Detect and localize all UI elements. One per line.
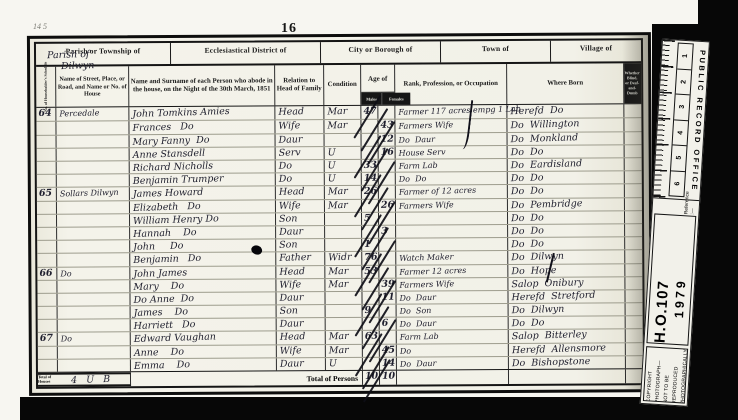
age-male-value [363, 318, 379, 319]
occupation-cell: Do Daur [396, 133, 508, 146]
relation-cell: Head [277, 332, 326, 344]
relation-value: Son [276, 305, 324, 317]
condition-cell: Mar [326, 331, 363, 343]
age-male-cell [362, 147, 379, 159]
column-header-occupation: Rank, Profession, or Occupation [395, 64, 507, 105]
person-name: Frances Do [129, 119, 274, 134]
relation-cell: Daur [277, 318, 326, 330]
age-male-cell [362, 199, 379, 211]
occupation-cell [396, 225, 508, 238]
born-cell: Herefd Stretford [508, 290, 625, 303]
age-male-value: 5 [362, 212, 378, 223]
house-name [57, 200, 129, 204]
age-female-cell: 26 [379, 199, 396, 211]
name-cell: Anne Do [131, 345, 277, 358]
age-female-cell [379, 173, 396, 185]
born-cell: Do Monkland [508, 132, 625, 145]
column-header-relation: Relation to Head of Family [275, 65, 324, 105]
house-header-label: Name of Street, Place, or Road, and Name… [56, 75, 128, 98]
house-cell [57, 254, 130, 267]
age-female-value [379, 186, 395, 187]
relation-value: Head [276, 265, 324, 277]
occupation-cell: Farmer 12 acres [396, 264, 508, 277]
name-cell: Elizabeth Do [130, 200, 276, 213]
house-cell [58, 306, 131, 319]
schedule-cell: 66 [37, 267, 57, 279]
condition-cell: U [326, 358, 363, 370]
schedule-header-label: No. of Householder's Schedule [43, 62, 48, 112]
schedule-cell [37, 280, 57, 292]
age-female-value: 26 [379, 199, 395, 210]
occupation-value: Do Son [396, 303, 507, 316]
relation-cell: Head [276, 266, 325, 278]
house-name [58, 345, 130, 349]
house-cell: Do [57, 267, 130, 280]
age-male-cell [362, 278, 379, 290]
house-name [57, 226, 129, 230]
birthplace-value: Do Eardisland [508, 157, 624, 171]
age-male-value: 76 [362, 252, 378, 263]
relation-value: Daur [276, 225, 324, 237]
occupation-value: Do Do [396, 171, 507, 184]
birthplace-value: Do Hope [508, 262, 624, 276]
birthplace-value: Do Do [507, 144, 623, 158]
age-female-cell: 45 [380, 344, 397, 356]
schedule-cell [38, 360, 58, 372]
age-male-cell: 9 [363, 305, 380, 317]
total-persons-label: Total of Persons [307, 373, 358, 382]
age-male-value: 53 [362, 265, 378, 276]
condition-value: U [324, 146, 360, 158]
age-male-value: 33 [362, 160, 378, 171]
schedule-cell [37, 162, 57, 174]
condition-cell [326, 305, 363, 317]
person-name: Edward Vaughan [131, 330, 276, 345]
relation-value: Daur [276, 291, 324, 303]
parish-handwritten-line1: Parish of [44, 49, 90, 61]
house-cell [57, 148, 130, 161]
birthplace-value: Do Willington [507, 117, 623, 131]
house-name [57, 240, 129, 244]
birthplace-value: Do Pembridge [508, 196, 624, 210]
occupation-value: House Serv [395, 144, 506, 157]
schedule-number [37, 135, 56, 137]
age-male-value: 1 [362, 239, 378, 250]
age-male-value [362, 278, 378, 279]
schedule-cell: 64 [36, 108, 56, 121]
column-header-row: No. of Householder's Schedule Name of St… [36, 63, 641, 108]
age-male-value [362, 146, 378, 147]
age-male-value: 26 [362, 186, 378, 197]
schedule-number: 67 [38, 333, 57, 344]
born-cell: Do Pembridge [508, 198, 625, 211]
house-name [56, 121, 128, 125]
age-male-cell: 76 [362, 252, 379, 264]
relation-value: Daur [277, 357, 325, 369]
birthplace-value: Do Monkland [507, 130, 623, 144]
schedule-number [37, 227, 56, 229]
birthplace-value: Do Do [508, 210, 624, 224]
person-name: Anne Do [131, 343, 276, 358]
condition-value: U [325, 159, 361, 171]
age-female-cell: 6 [380, 318, 397, 330]
occupation-cell: Farmers Wife [396, 278, 508, 291]
house-cell [57, 227, 130, 240]
house-cell: Percedale [56, 108, 129, 122]
schedule-cell [37, 149, 57, 161]
house-cell [57, 214, 130, 227]
relation-value: Wife [276, 278, 324, 290]
condition-cell: Mar [326, 344, 363, 356]
house-name: Sollars Dilwyn [57, 187, 129, 199]
condition-cell: Mar [325, 199, 362, 211]
birthplace-value: Herefd Allensmore [509, 341, 625, 355]
name-cell: Mary Do [130, 279, 276, 292]
age-male-value: 47 [361, 106, 377, 117]
census-form: Parish or Township of Parish of Dilwyn E… [34, 38, 645, 389]
ruler-number: 5 [671, 145, 687, 171]
schedule-cell [38, 320, 58, 332]
name-cell: Emma Do [131, 358, 277, 371]
schedule-number [37, 162, 56, 164]
census-rows: 64 Percedale John Tomkins Amies Head Mar… [36, 104, 643, 371]
relation-value: Do [276, 173, 324, 185]
relation-cell: Wife [277, 345, 326, 357]
condition-cell: Mar [324, 120, 361, 132]
schedule-cell [37, 175, 57, 187]
age-male-value [362, 291, 378, 292]
ruler-number: 3 [674, 94, 690, 120]
totals-empty-cell [509, 369, 626, 384]
condition-cell: U [325, 147, 362, 159]
name-cell: Mary Fanny Do [130, 134, 276, 147]
condition-value [325, 239, 361, 241]
condition-value: U [326, 357, 362, 369]
birthplace-value: Do Dilwyn [508, 302, 624, 316]
age-male-value [363, 344, 379, 345]
occupation-cell: Farmers Wife [396, 199, 508, 212]
total-males-value: 10 [363, 371, 379, 382]
age-female-cell: 43 [378, 120, 395, 132]
name-cell: Edward Vaughan [131, 332, 277, 345]
age-male-value [361, 133, 377, 134]
condition-cell [326, 318, 363, 330]
total-houses-label: Total of Houses [38, 375, 53, 384]
condition-value [325, 133, 361, 135]
house-name [58, 358, 130, 362]
condition-value: Mar [326, 331, 362, 343]
schedule-number [38, 346, 57, 348]
relation-header-label: Relation to Head of Family [275, 77, 323, 94]
born-cell: Herefd Allensmore [509, 343, 626, 356]
relation-cell: Wife [275, 121, 324, 133]
house-name [57, 253, 129, 257]
schedule-cell [37, 254, 57, 266]
age-female-cell [379, 160, 396, 172]
age-female-value [378, 106, 394, 107]
relation-value: Wife [277, 344, 325, 356]
condition-cell: Mar [324, 106, 361, 119]
name-header-label: Name and Surname of each Person who abod… [129, 77, 274, 94]
ruler-number: 4 [673, 120, 689, 146]
relation-cell: Son [276, 239, 325, 251]
age-male-cell [363, 358, 380, 370]
age-female-cell: 14 [380, 357, 397, 369]
house-cell [58, 346, 131, 359]
column-header-age: Age of Males Females [361, 65, 395, 105]
total-persons-cell: Total of Persons [131, 371, 363, 386]
condition-value: Mar [325, 186, 361, 198]
born-cell: Do Hope [508, 264, 625, 277]
birthplace-value: Do Do [509, 315, 625, 329]
house-cell [57, 240, 130, 253]
schedule-cell [37, 201, 57, 213]
person-name: Anne Stansdell [129, 145, 274, 160]
born-cell: Do Do [508, 185, 625, 198]
house-name: Percedale [56, 107, 128, 119]
schedule-number [37, 201, 56, 203]
relation-cell: Daur [276, 226, 325, 238]
schedule-cell [37, 135, 57, 147]
schedule-number [38, 320, 57, 322]
relation-value: Wife [275, 120, 323, 132]
condition-cell: Mar [325, 186, 362, 198]
age-male-value [362, 199, 378, 200]
age-female-cell [379, 265, 396, 277]
field-label: City or Borough of [321, 41, 440, 54]
house-cell [57, 280, 130, 293]
relation-cell: Wife [276, 279, 325, 291]
born-cell: Do Do [508, 145, 625, 158]
occupation-value: Farmers Wife [395, 118, 506, 131]
schedule-number [38, 359, 57, 361]
birthplace-value: Do Bishopstone [509, 355, 625, 369]
schedule-cell: 65 [37, 188, 57, 200]
person-name: Do Anne Do [130, 291, 275, 306]
condition-value: U [325, 173, 361, 185]
age-female-value [379, 212, 395, 213]
schedule-number [37, 148, 56, 150]
house-name [57, 160, 129, 164]
house-cell [58, 320, 131, 333]
relation-value: Do [276, 160, 324, 172]
person-name: John James [130, 264, 275, 279]
condition-cell: Widr [325, 252, 362, 264]
occupation-value: Farmer 117 acres empg 1 Lab [395, 104, 506, 117]
schedule-cell [38, 307, 58, 319]
name-cell: John James [130, 266, 276, 279]
age-female-cell [379, 239, 396, 251]
column-header-house: Name of Street, Place, or Road, and Name… [56, 67, 129, 107]
birthplace-value: Herefd Stretford [508, 289, 624, 303]
age-female-value: 45 [380, 344, 396, 355]
schedule-number [36, 122, 55, 124]
house-name [57, 134, 129, 138]
condition-cell [325, 292, 362, 304]
condition-header-label: Condition [328, 81, 357, 89]
column-header-schedule: No. of Householder's Schedule [36, 67, 56, 107]
age-header-label: Age of [361, 65, 394, 92]
house-cell [57, 161, 130, 174]
relation-value: Daur [275, 133, 323, 145]
age-male-value: 63 [363, 331, 379, 342]
age-female-value [380, 331, 396, 332]
person-name: Mary Do [130, 277, 275, 292]
person-name: James Howard [130, 185, 275, 200]
occupation-cell: Do Son [397, 304, 509, 317]
age-female-cell [380, 305, 397, 317]
condition-cell [325, 239, 362, 251]
ruler-zone: 1 2 3 4 5 6 PUBLIC RECORD OFFICE [653, 40, 709, 202]
relation-cell: Head [276, 186, 325, 198]
ruler-number: 2 [676, 69, 692, 95]
reference-label: Reference :— [652, 198, 699, 215]
age-female-cell: 39 [379, 278, 396, 290]
age-male-value [361, 120, 377, 121]
age-female-value [379, 265, 395, 266]
age-female-value [380, 305, 396, 306]
occupation-cell: Farmer 117 acres empg 1 Lab [395, 105, 507, 119]
total-houses-value: 4 U B [68, 374, 110, 386]
occupation-value: Do Daur [397, 355, 508, 368]
totals-empty-cell [397, 370, 509, 385]
corner-scribble: 14 5 [33, 22, 47, 31]
condition-cell [325, 133, 362, 145]
occupation-cell: Do Daur [397, 357, 509, 370]
occupation-cell: Farm Lab [397, 330, 509, 343]
ruler-number: 1 [677, 44, 693, 70]
condition-value [325, 291, 361, 293]
relation-value: Head [277, 331, 325, 343]
condition-cell: U [325, 160, 362, 172]
age-female-cell [379, 212, 396, 224]
total-females-cell: 10 [380, 371, 397, 385]
age-male-cell: 47 [361, 106, 378, 119]
house-cell [57, 174, 130, 187]
birthplace-value: Do Do [508, 236, 624, 250]
occupation-value: Farmer of 12 acres [396, 184, 507, 197]
age-female-cell [378, 106, 395, 119]
age-female-value [379, 159, 395, 160]
person-name: Mary Fanny Do [129, 132, 274, 147]
schedule-cell [37, 241, 57, 253]
age-female-value: 39 [379, 278, 395, 289]
person-name: Hannah Do [130, 225, 275, 240]
relation-cell: Do [276, 160, 325, 172]
relation-cell: Serv [276, 147, 325, 159]
house-name [57, 279, 129, 283]
age-female-value: 16 [378, 146, 394, 157]
condition-value: Mar [325, 199, 361, 211]
condition-cell: Mar [325, 265, 362, 277]
schedule-number [37, 214, 56, 216]
census-paper: Parish or Township of Parish of Dilwyn E… [27, 32, 653, 396]
age-male-cell: 53 [362, 265, 379, 277]
born-cell: Salop Bitterley [509, 330, 626, 343]
relation-cell: Daur [277, 358, 326, 370]
age-female-value: 12 [378, 133, 394, 144]
house-name [57, 147, 129, 151]
occupation-value: Farm Lab [396, 158, 507, 171]
schedule-cell [36, 122, 56, 134]
born-cell: Salop Onibury [508, 277, 625, 290]
relation-cell: Son [276, 213, 325, 225]
condition-value: Mar [324, 120, 360, 132]
occupation-value: Farmers Wife [396, 276, 507, 289]
age-male-cell [363, 344, 380, 356]
house-name [57, 174, 129, 178]
occupation-cell: Farmers Wife [395, 119, 507, 132]
census-scan-page: 16 14 5 Parish or Township of Parish of … [0, 0, 738, 420]
house-name: Do [58, 332, 130, 344]
occupation-value: Do Daur [395, 131, 506, 144]
person-name: John Tomkins Amies [129, 105, 274, 120]
person-name: William Henry Do [130, 211, 275, 226]
birthplace-value: Do Do [508, 183, 624, 197]
house-cell [57, 135, 130, 148]
occupation-header-label: Rank, Profession, or Occupation [403, 80, 497, 89]
age-female-cell: 12 [379, 133, 396, 145]
relation-cell: Do [276, 173, 325, 185]
occupation-cell: Do [397, 344, 509, 357]
schedule-number: 64 [36, 108, 55, 119]
relation-value: Serv [275, 146, 323, 158]
relation-cell: Head [275, 106, 324, 119]
age-male-cell [362, 226, 379, 238]
occupation-cell [396, 212, 508, 225]
occupation-value: Farmer 12 acres [396, 263, 507, 276]
condition-value: Widr [325, 252, 361, 264]
occupation-value: Farmers Wife [396, 197, 507, 210]
house-cell [57, 293, 130, 306]
age-female-value [379, 239, 395, 240]
column-header-born: Where Born [507, 64, 624, 105]
occupation-cell: Farm Lab [396, 159, 508, 172]
relation-cell: Wife [276, 200, 325, 212]
age-male-value [363, 357, 379, 358]
name-cell: James Howard [130, 187, 276, 200]
condition-value: Mar [324, 106, 360, 118]
born-cell: Do Bishopstone [509, 356, 626, 369]
field-label: Town of [441, 41, 550, 54]
age-male-cell: 26 [362, 186, 379, 198]
schedule-number [37, 293, 56, 295]
condition-value: Mar [325, 278, 361, 290]
house-cell [57, 201, 130, 214]
schedule-cell: 67 [38, 333, 58, 345]
born-cell: Do Do [508, 224, 625, 237]
born-cell: Do Dilwyn [508, 251, 625, 264]
person-name: Elizabeth Do [130, 198, 275, 213]
age-male-cell [362, 133, 379, 145]
age-female-value: 43 [378, 120, 394, 131]
age-male-value: 9 [362, 305, 378, 316]
house-name [57, 292, 129, 296]
relation-cell: Father [276, 252, 325, 264]
copyright-text: COPYRIGHT PHOTOGRAPH—NOT TO BE REPRODUCE… [644, 347, 688, 403]
schedule-cell [37, 228, 57, 240]
column-header-name: Name and Surname of each Person who abod… [129, 66, 275, 107]
relation-value: Son [276, 212, 324, 224]
age-male-cell: 63 [363, 331, 380, 343]
age-male-value [362, 226, 378, 227]
copyright-box: COPYRIGHT PHOTOGRAPH—NOT TO BE REPRODUCE… [643, 346, 688, 403]
schedule-cell [37, 214, 57, 226]
name-cell: Benjamin Do [130, 253, 276, 266]
birthplace-value: Do Dilwyn [508, 249, 624, 263]
occupation-value: Farm Lab [397, 329, 508, 342]
relation-cell: Daur [276, 292, 325, 304]
